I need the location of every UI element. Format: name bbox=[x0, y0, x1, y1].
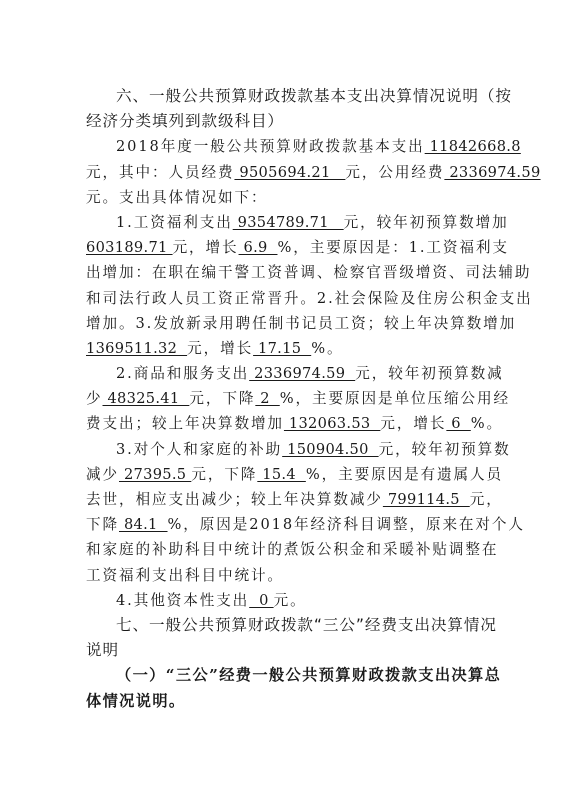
total-basic-expenditure: 11842668.8 bbox=[425, 138, 521, 155]
item1-line2: 603189.71 元，增长 6.9 %，主要原因是：1.工资福利支 bbox=[86, 235, 479, 260]
intro-line1: 2018年度一般公共预算财政拨款基本支出 11842668.8 bbox=[86, 134, 479, 159]
item3-line5: 和家庭的补助科目中统计的煮饭公积金和采暖补贴调整在 bbox=[86, 537, 479, 562]
wage-increase-prev-pct: 17.15 bbox=[253, 340, 311, 357]
item2-line1: 2.商品和服务支出 2336974.59 元，较年初预算数减 bbox=[86, 361, 479, 386]
goods-increase-prev: 132063.53 bbox=[284, 415, 380, 432]
item1-line3: 出增加：在职在编干警工资普调、检察官晋级增资、司法辅助 bbox=[86, 260, 479, 285]
item4-line1: 4.其他资本性支出 0 元。 bbox=[86, 588, 479, 613]
item1-line4: 和司法行政人员工资正常晋升。2.社会保险及住房公积金支出 bbox=[86, 286, 479, 311]
item3-line3: 去世，相应支出减少；较上年决算数减少 799114.5 元， bbox=[86, 487, 479, 512]
goods-decrease-budget: 48325.41 bbox=[103, 390, 190, 407]
section7-sub1-title: （一）“三公”经费一般公共预算财政拨款支出决算总 bbox=[86, 663, 479, 688]
intro-line3: 元。支出具体情况如下： bbox=[86, 185, 479, 210]
subsidy-decrease-budget: 27395.5 bbox=[119, 466, 191, 483]
intro-line2: 元，其中：人员经费 9505694.21 元，公用经费 2336974.59 bbox=[86, 160, 479, 185]
goods-decrease-budget-pct: 2 bbox=[255, 390, 279, 407]
item1-line5: 增加。3.发放新录用聘任制书记员工资；较上年决算数增加 bbox=[86, 311, 479, 336]
subsidy-decrease-prev: 799114.5 bbox=[383, 491, 470, 508]
other-capital-amount: 0 bbox=[249, 592, 273, 609]
item1-line6: 1369511.32 元，增长 17.15 %。 bbox=[86, 336, 479, 361]
item3-line6: 工资福利支出科目中统计。 bbox=[86, 563, 479, 588]
section7-title: 七、一般公共预算财政拨款“三公”经费支出决算情况 bbox=[86, 613, 479, 638]
item2-line3: 费支出；较上年决算数增加 132063.53 元，增长 6 %。 bbox=[86, 411, 479, 436]
subsidy-amount: 150904.50 bbox=[282, 441, 378, 458]
section6-title-cont: 经济分类填列到款级科目） bbox=[86, 109, 479, 134]
wage-increase-prev: 1369511.32 bbox=[86, 340, 187, 357]
item3-line1: 3.对个人和家庭的补助 150904.50 元，较年初预算数 bbox=[86, 437, 479, 462]
personnel-expenditure: 9505694.21 bbox=[234, 164, 345, 181]
item3-line4: 下降 84.1 %，原因是2018年经济科目调整，原来在对个人 bbox=[86, 512, 479, 537]
public-expenditure: 2336974.59 bbox=[444, 164, 540, 181]
item3-line2: 减少 27395.5 元，下降 15.4 %，主要原因是有遗属人员 bbox=[86, 462, 479, 487]
wage-increase-budget-pct: 6.9 bbox=[239, 239, 278, 256]
section6-title: 六、一般公共预算财政拨款基本支出决算情况说明（按 bbox=[86, 84, 479, 109]
item2-line2: 少 48325.41 元，下降 2 %，主要原因是单位压缩公用经 bbox=[86, 386, 479, 411]
goods-increase-prev-pct: 6 bbox=[446, 415, 470, 432]
section7-title-cont: 说明 bbox=[86, 638, 479, 663]
section7-sub1-title-cont: 体情况说明。 bbox=[86, 689, 479, 714]
document-page: 六、一般公共预算财政拨款基本支出决算情况说明（按 经济分类填列到款级科目） 20… bbox=[86, 84, 479, 714]
subsidy-decrease-prev-pct: 84.1 bbox=[119, 516, 168, 533]
wage-welfare-amount: 9354789.71 bbox=[233, 214, 344, 231]
subsidy-decrease-budget-pct: 15.4 bbox=[257, 466, 306, 483]
wage-increase-budget: 603189.71 bbox=[86, 239, 173, 256]
item1-line1: 1.工资福利支出 9354789.71 元，较年初预算数增加 bbox=[86, 210, 479, 235]
goods-services-amount: 2336974.59 bbox=[249, 365, 355, 382]
